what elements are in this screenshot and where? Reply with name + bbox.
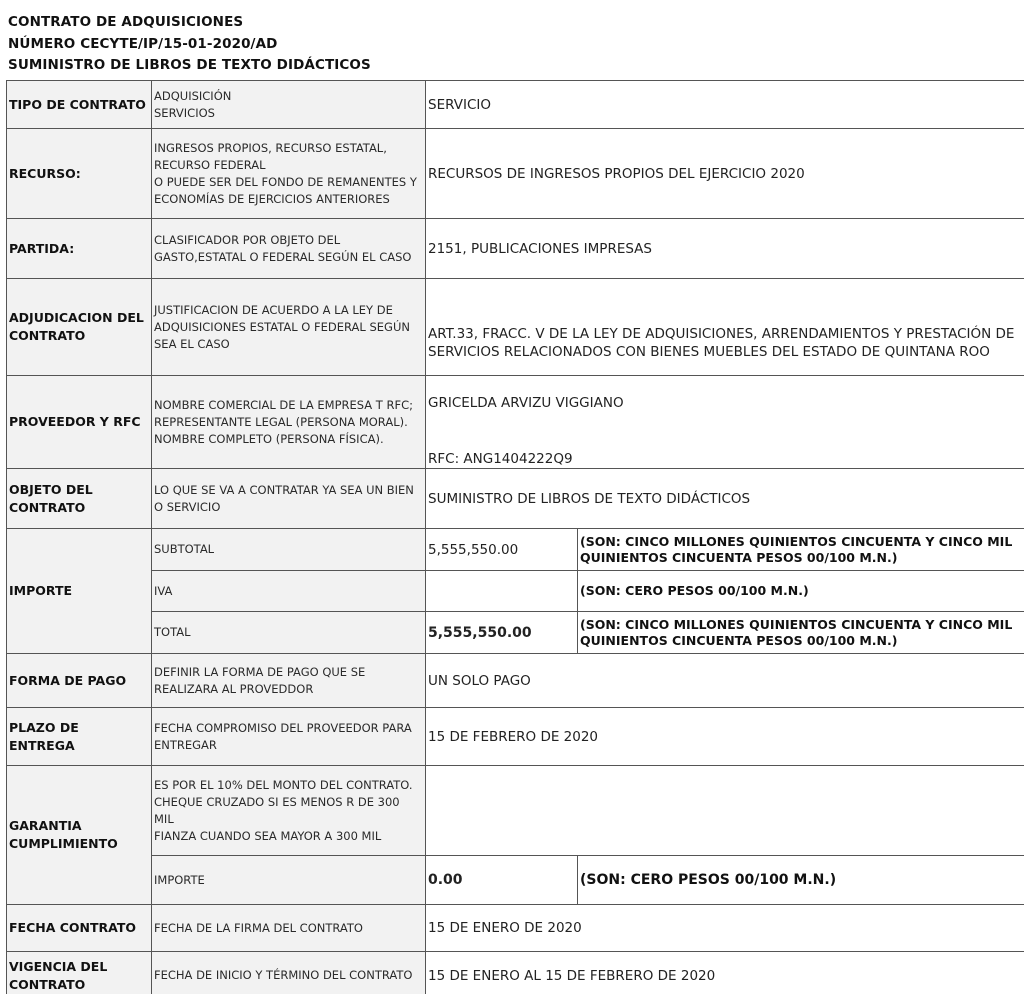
row-label: ADJUDICACION DEL CONTRATO — [7, 279, 152, 376]
row-value: UN SOLO PAGO — [426, 654, 1024, 708]
row-importe-iva: IVA (SON: CERO PESOS 00/100 M.N.) — [7, 571, 1024, 612]
row-label: PARTIDA: — [7, 219, 152, 279]
subtotal-words: (SON: CINCO MILLONES QUINIENTOS CINCUENT… — [578, 529, 1024, 571]
garantia-words: (SON: CERO PESOS 00/100 M.N.) — [578, 856, 1024, 905]
subtotal-amount: 5,555,550.00 — [426, 529, 578, 571]
row-description: LO QUE SE VA A CONTRATAR YA SEA UN BIEN … — [152, 469, 426, 529]
row-plazo-entrega: PLAZO DE ENTREGA FECHA COMPROMISO DEL PR… — [7, 708, 1024, 766]
iva-amount — [426, 571, 578, 612]
row-vigencia: VIGENCIA DEL CONTRATO FECHA DE INICIO Y … — [7, 952, 1024, 994]
row-fecha-contrato: FECHA CONTRATO FECHA DE LA FIRMA DEL CON… — [7, 905, 1024, 952]
row-value: 15 DE ENERO DE 2020 — [426, 905, 1024, 952]
adjudicacion-text: ART.33, FRACC. V DE LA LEY DE ADQUISICIO… — [428, 326, 1014, 360]
document-header: CONTRATO DE ADQUISICIONES NÚMERO CECYTE/… — [8, 12, 371, 77]
row-recurso: RECURSO: INGRESOS PROPIOS, RECURSO ESTAT… — [7, 129, 1024, 219]
row-objeto: OBJETO DEL CONTRATO LO QUE SE VA A CONTR… — [7, 469, 1024, 529]
row-partida: PARTIDA: CLASIFICADOR POR OBJETO DEL GAS… — [7, 219, 1024, 279]
row-label: PROVEEDOR Y RFC — [7, 376, 152, 469]
row-tipo-contrato: TIPO DE CONTRATO ADQUISICIÓN SERVICIOS S… — [7, 81, 1024, 129]
row-value — [426, 766, 1024, 856]
row-importe-subtotal: IMPORTE SUBTOTAL 5,555,550.00 (SON: CINC… — [7, 529, 1024, 571]
row-label: FORMA DE PAGO — [7, 654, 152, 708]
row-importe-total: TOTAL 5,555,550.00 (SON: CINCO MILLONES … — [7, 612, 1024, 654]
row-description: CLASIFICADOR POR OBJETO DEL GASTO,ESTATA… — [152, 219, 426, 279]
contract-subject: SUMINISTRO DE LIBROS DE TEXTO DIDÁCTICOS — [8, 55, 371, 77]
row-description: FECHA COMPROMISO DEL PROVEEDOR PARA ENTR… — [152, 708, 426, 766]
row-label: RECURSO: — [7, 129, 152, 219]
row-description: FECHA DE INICIO Y TÉRMINO DEL CONTRATO — [152, 952, 426, 994]
row-label: IMPORTE — [7, 529, 152, 654]
row-value: SUMINISTRO DE LIBROS DE TEXTO DIDÁCTICOS — [426, 469, 1024, 529]
row-description: IMPORTE — [152, 856, 426, 905]
row-description: ADQUISICIÓN SERVICIOS — [152, 81, 426, 129]
row-description: FECHA DE LA FIRMA DEL CONTRATO — [152, 905, 426, 952]
row-proveedor: PROVEEDOR Y RFC NOMBRE COMERCIAL DE LA E… — [7, 376, 1024, 469]
row-description: DEFINIR LA FORMA DE PAGO QUE SE REALIZAR… — [152, 654, 426, 708]
row-forma-pago: FORMA DE PAGO DEFINIR LA FORMA DE PAGO Q… — [7, 654, 1024, 708]
row-garantia-importe: IMPORTE 0.00 (SON: CERO PESOS 00/100 M.N… — [7, 856, 1024, 905]
row-value: GRICELDA ARVIZU VIGGIANO RFC: ANG1404222… — [426, 376, 1024, 469]
row-description: NOMBRE COMERCIAL DE LA EMPRESA T RFC; RE… — [152, 376, 426, 469]
garantia-amount: 0.00 — [426, 856, 578, 905]
row-description: INGRESOS PROPIOS, RECURSO ESTATAL, RECUR… — [152, 129, 426, 219]
row-value: 15 DE FEBRERO DE 2020 — [426, 708, 1024, 766]
provider-rfc: RFC: ANG1404222Q9 — [428, 451, 573, 467]
document-title: CONTRATO DE ADQUISICIONES — [8, 12, 371, 34]
total-words: (SON: CINCO MILLONES QUINIENTOS CINCUENT… — [578, 612, 1024, 654]
row-description: IVA — [152, 571, 426, 612]
row-label: VIGENCIA DEL CONTRATO — [7, 952, 152, 994]
row-value: SERVICIO — [426, 81, 1024, 129]
row-label: TIPO DE CONTRATO — [7, 81, 152, 129]
row-garantia: GARANTIA CUMPLIMIENTO ES POR EL 10% DEL … — [7, 766, 1024, 856]
iva-words: (SON: CERO PESOS 00/100 M.N.) — [578, 571, 1024, 612]
row-adjudicacion: ADJUDICACION DEL CONTRATO JUSTIFICACION … — [7, 279, 1024, 376]
provider-name: GRICELDA ARVIZU VIGGIANO — [428, 395, 624, 411]
contract-number: NÚMERO CECYTE/IP/15-01-2020/AD — [8, 34, 371, 56]
row-value: 15 DE ENERO AL 15 DE FEBRERO DE 2020 — [426, 952, 1024, 994]
row-label: PLAZO DE ENTREGA — [7, 708, 152, 766]
contract-table: TIPO DE CONTRATO ADQUISICIÓN SERVICIOS S… — [6, 80, 1024, 994]
row-description: ES POR EL 10% DEL MONTO DEL CONTRATO. CH… — [152, 766, 426, 856]
row-label: FECHA CONTRATO — [7, 905, 152, 952]
row-description: JUSTIFICACION DE ACUERDO A LA LEY DE ADQ… — [152, 279, 426, 376]
row-value: ART.33, FRACC. V DE LA LEY DE ADQUISICIO… — [426, 279, 1024, 376]
row-label: GARANTIA CUMPLIMIENTO — [7, 766, 152, 905]
row-value: RECURSOS DE INGRESOS PROPIOS DEL EJERCIC… — [426, 129, 1024, 219]
row-description: TOTAL — [152, 612, 426, 654]
row-label: OBJETO DEL CONTRATO — [7, 469, 152, 529]
total-amount: 5,555,550.00 — [426, 612, 578, 654]
row-description: SUBTOTAL — [152, 529, 426, 571]
row-value: 2151, PUBLICACIONES IMPRESAS — [426, 219, 1024, 279]
